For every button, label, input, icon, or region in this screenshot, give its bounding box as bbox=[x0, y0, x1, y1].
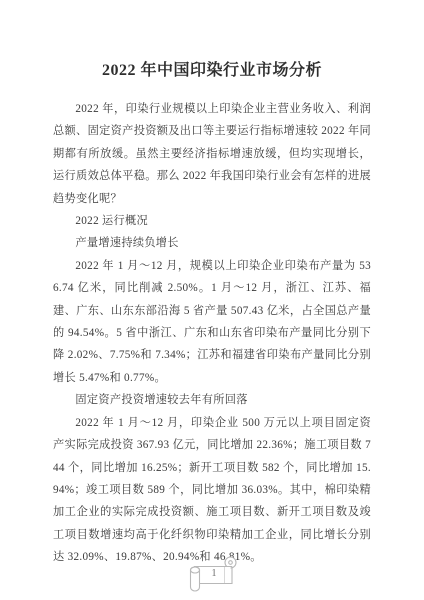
section-heading-overview: 2022 运行概况 bbox=[53, 210, 371, 232]
paragraph-output-data: 2022 年 1 月～12 月，规模以上印染企业印染布产量为 536.74 亿米… bbox=[53, 255, 371, 389]
page-number: 1 bbox=[194, 565, 234, 583]
section-heading-output-growth: 产量增速持续负增长 bbox=[53, 232, 371, 254]
section-heading-fixed-asset-investment: 固定资产投资增速较去年有所回落 bbox=[53, 389, 371, 411]
document-page: 2022 年中国印染行业市场分析 2022 年，印染行业规模以上印染企业主营业务… bbox=[0, 0, 424, 600]
page-title: 2022 年中国印染行业市场分析 bbox=[53, 58, 371, 84]
paragraph-intro: 2022 年，印染行业规模以上印染企业主营业务收入、利润总额、固定资产投资额及出… bbox=[53, 98, 371, 210]
page-footer: 1 bbox=[181, 550, 243, 596]
document-body: 2022 年，印染行业规模以上印染企业主营业务收入、利润总额、固定资产投资额及出… bbox=[53, 98, 371, 569]
paragraph-investment-data: 2022 年 1 月～12 月，印染企业 500 万元以上项目固定资产实际完成投… bbox=[53, 412, 371, 569]
